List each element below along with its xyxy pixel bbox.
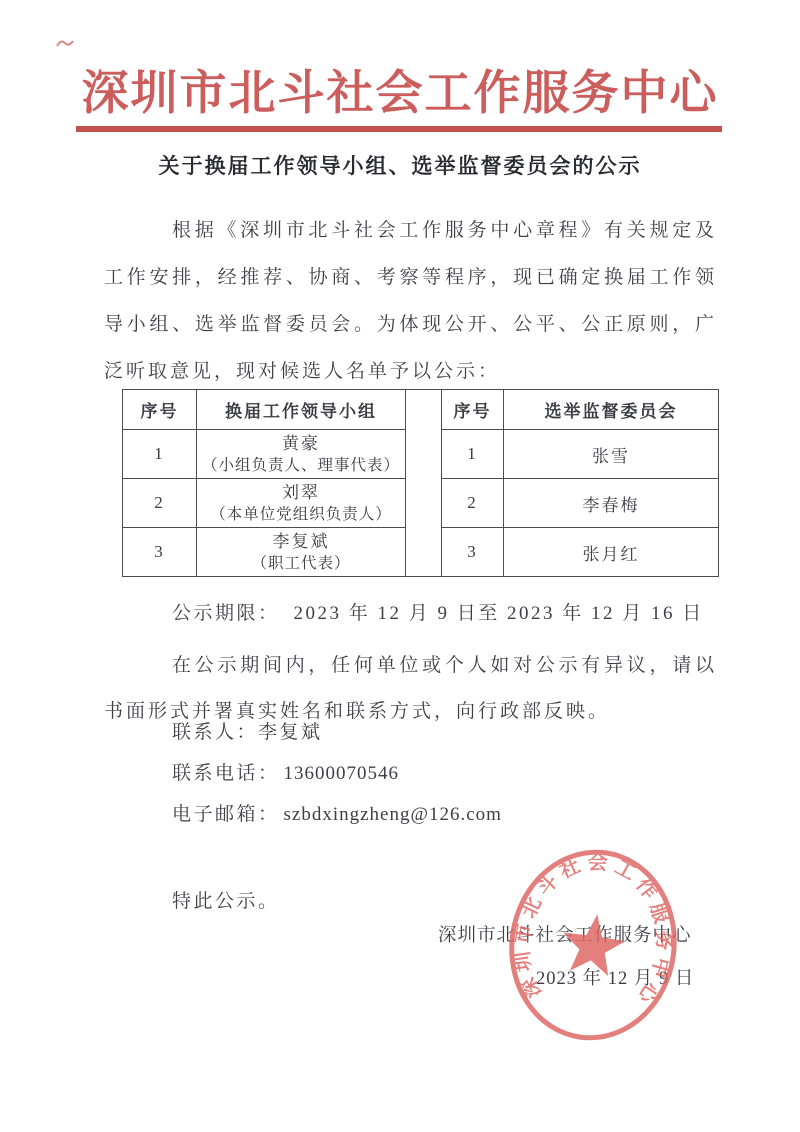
left-row-3-cell: 李复斌 （职工代表） <box>197 528 406 577</box>
signature-org-name: 深圳市北斗社会工作服务中心 <box>438 921 692 947</box>
red-corner-mark <box>56 37 74 49</box>
left-row-3-no: 3 <box>123 528 197 577</box>
left-row-2-no: 2 <box>123 479 197 528</box>
table-header-row: 序号 换届工作领导小组 序号 选举监督委员会 <box>123 390 719 430</box>
right-row-2-name: 李春梅 <box>504 479 719 528</box>
left-row-2-cell: 刘翠 （本单位党组织负责人） <box>197 479 406 528</box>
candidate-name: 刘翠 <box>197 482 405 504</box>
publicity-period-value: 2023 年 12 月 9 日至 2023 年 12 月 16 日 <box>294 603 704 624</box>
right-row-1-name: 张雪 <box>504 430 719 479</box>
candidate-name: 黄豪 <box>197 433 405 455</box>
contact-person-line: 联系人：李复斌 <box>104 717 744 744</box>
right-row-2-no: 2 <box>442 479 504 528</box>
left-col-title-header: 换届工作领导小组 <box>197 390 406 430</box>
publicity-period-line: 公示期限：2023 年 12 月 9 日至 2023 年 12 月 16 日 <box>104 598 744 625</box>
closing-statement: 特此公示。 <box>104 886 744 913</box>
contact-email-line: 电子邮箱：szbdxingzheng@126.com <box>104 799 744 826</box>
signature-date: 2023 年 12 月 9 日 <box>536 964 694 990</box>
contact-phone-line: 联系电话：13600070546 <box>104 758 744 785</box>
right-row-3-no: 3 <box>442 528 504 577</box>
table-gap-column <box>406 390 442 577</box>
contact-person-value: 李复斌 <box>258 722 323 743</box>
publicity-period-label: 公示期限： <box>172 603 280 624</box>
right-row-3-name: 张月红 <box>504 528 719 577</box>
contact-person-label: 联系人： <box>172 722 258 743</box>
right-col-no-header: 序号 <box>442 390 504 430</box>
candidate-table: 序号 换届工作领导小组 序号 选举监督委员会 1 黄豪 （小组负责人、理事代表）… <box>122 389 719 577</box>
candidate-name: 李复斌 <box>197 531 405 553</box>
right-row-1-no: 1 <box>442 430 504 479</box>
candidate-role: （小组负责人、理事代表） <box>197 455 405 476</box>
left-col-no-header: 序号 <box>123 390 197 430</box>
right-col-title-header: 选举监督委员会 <box>504 390 719 430</box>
candidate-role: （本单位党组织负责人） <box>197 504 405 525</box>
intro-paragraph: 根据《深圳市北斗社会工作服务中心章程》有关规定及工作安排，经推荐、协商、考察等程… <box>104 207 717 395</box>
left-row-1-no: 1 <box>123 430 197 479</box>
candidate-role: （职工代表） <box>197 553 405 574</box>
contact-email-value: szbdxingzheng@126.com <box>284 804 502 825</box>
letterhead-org-name: 深圳市北斗社会工作服务中心 <box>0 56 800 123</box>
left-row-1-cell: 黄豪 （小组负责人、理事代表） <box>197 430 406 479</box>
document-page: 深圳市北斗社会工作服务中心 关于换届工作领导小组、选举监督委员会的公示 根据《深… <box>0 0 800 1132</box>
contact-phone-label: 联系电话： <box>172 763 280 784</box>
contact-email-label: 电子邮箱： <box>172 804 280 825</box>
contact-phone-value: 13600070546 <box>284 763 400 784</box>
letterhead-divider <box>76 126 722 132</box>
document-title: 关于换届工作领导小组、选举监督委员会的公示 <box>0 150 800 180</box>
